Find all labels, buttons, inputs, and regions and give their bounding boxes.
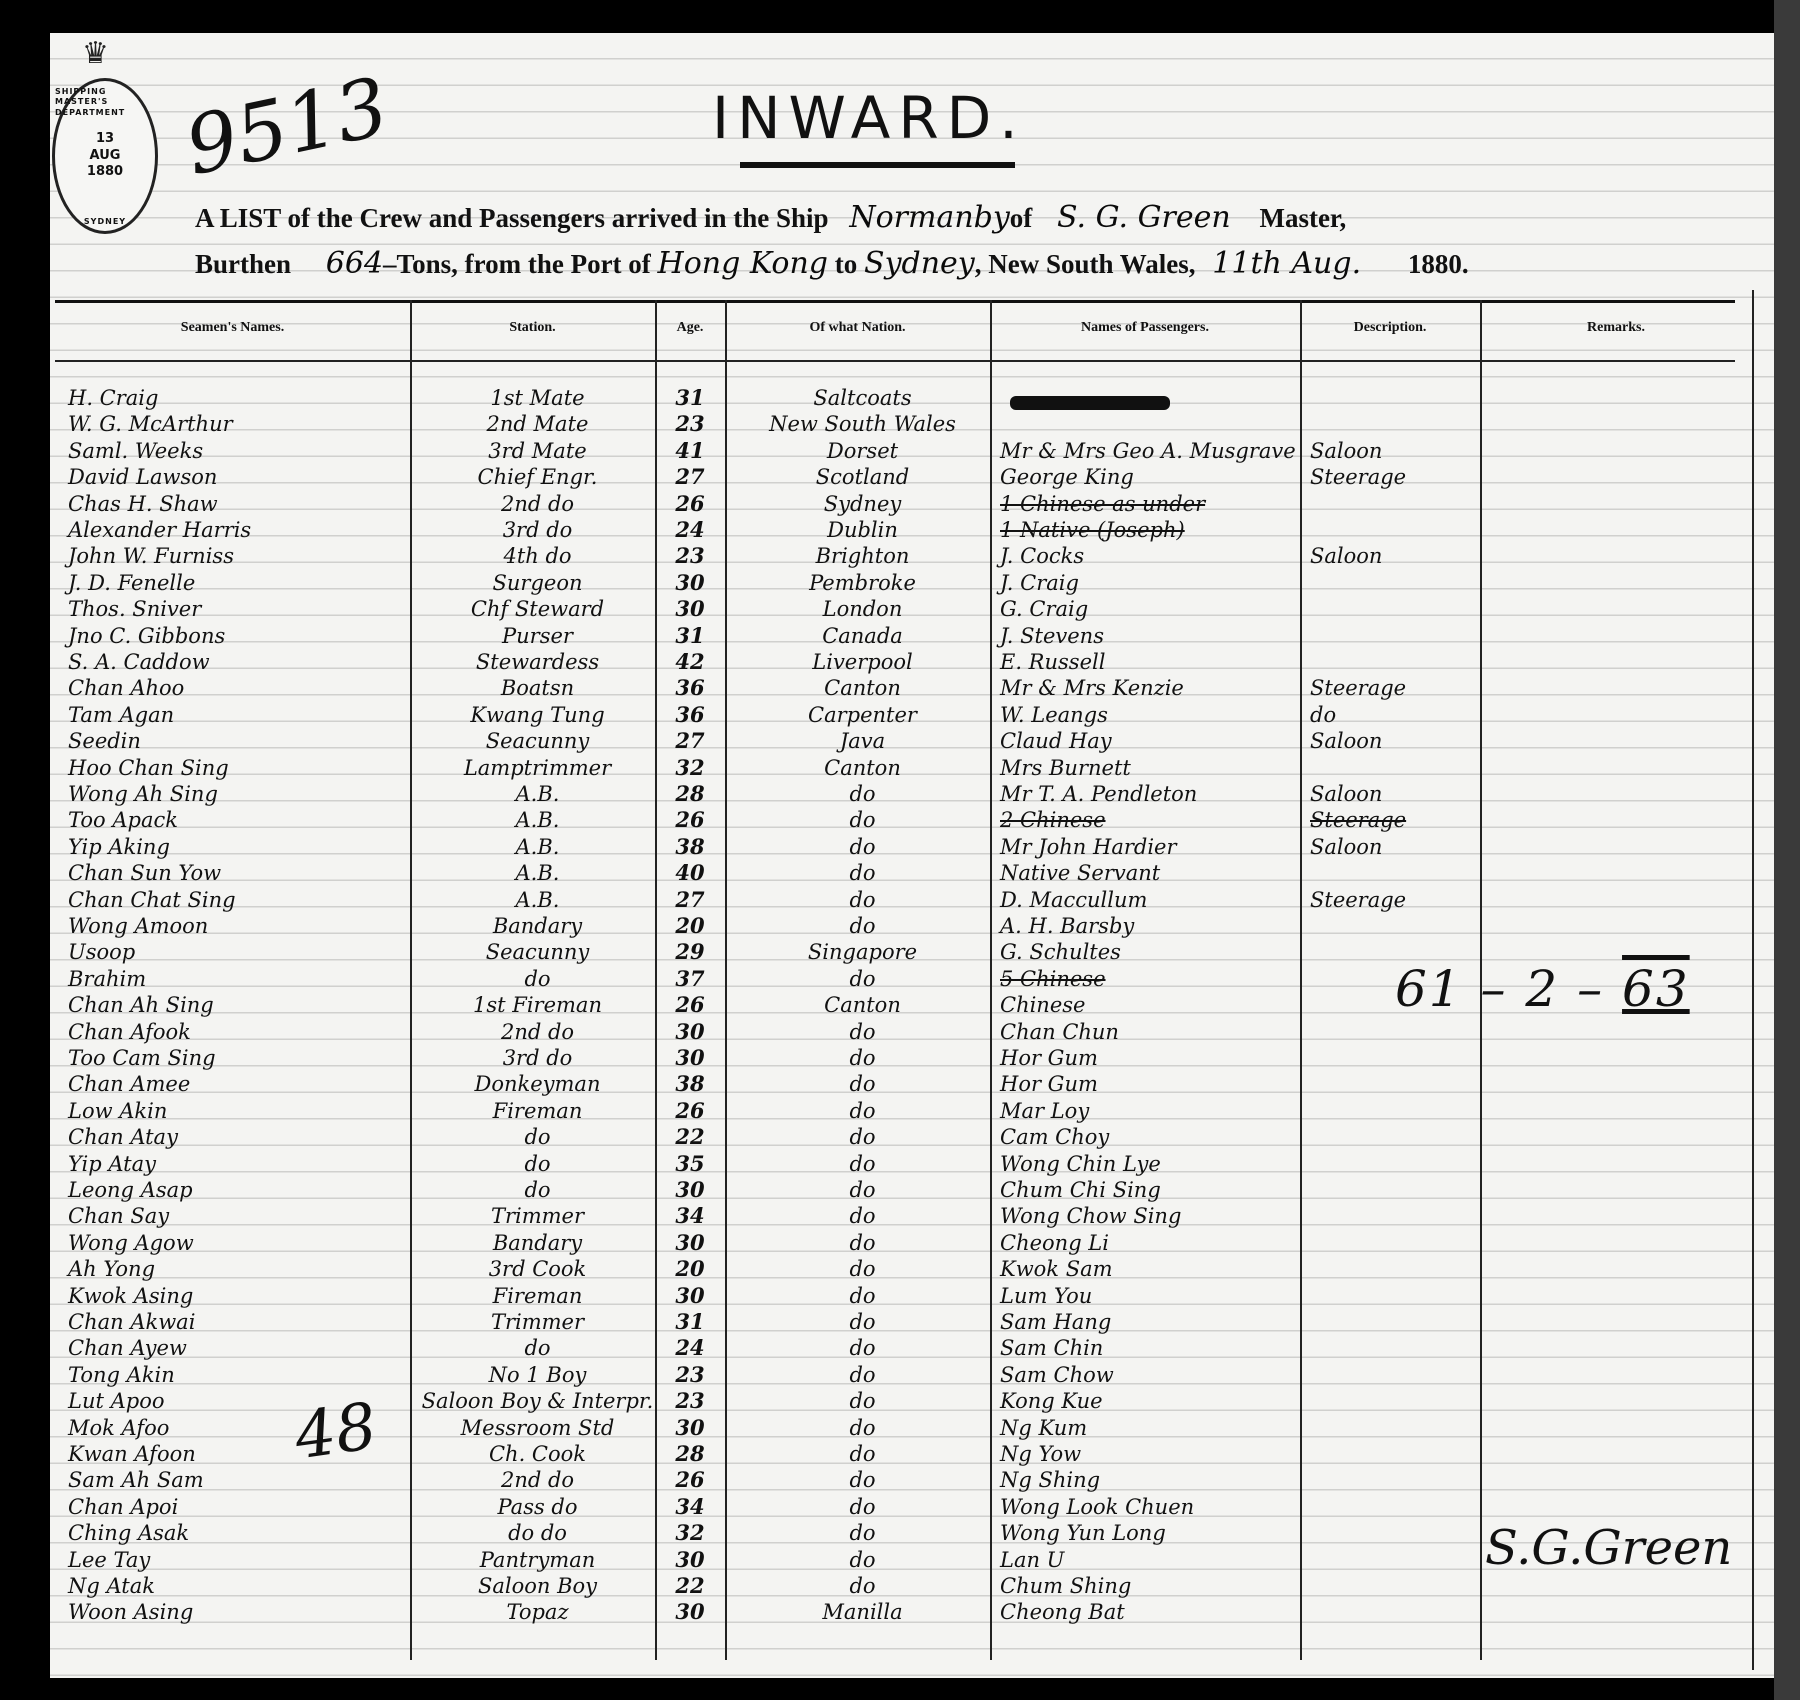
passenger-description: Saloon (1310, 728, 1382, 754)
line2-tons: –Tons, from the Port of (383, 249, 651, 279)
passenger-row: G. Craig (0, 596, 1800, 622)
passenger-description: Saloon (1310, 543, 1382, 569)
passenger-row: Mr & Mrs KenzieSteerage (0, 675, 1800, 701)
form-title: INWARD. (712, 84, 1026, 152)
tally-total: 63 (1622, 960, 1690, 1018)
passenger-name: George King (1000, 464, 1134, 490)
passenger-row: J. CocksSaloon (0, 543, 1800, 569)
tally-extra: 2 (1525, 960, 1559, 1018)
date-stamp: SHIPPING MASTER'S DEPARTMENT 13 AUG 1880… (52, 78, 158, 234)
passenger-name: Hor Gum (1000, 1045, 1098, 1071)
arrival-year: 1880. (1408, 249, 1469, 279)
passenger-name: Sam Chin (1000, 1335, 1103, 1361)
passenger-row (0, 385, 1800, 411)
passenger-name: Claud Hay (1000, 728, 1112, 754)
passenger-row: Wong Chow Sing (0, 1203, 1800, 1229)
tons-value: 664 (326, 246, 383, 281)
passenger-name: Cheong Li (1000, 1230, 1109, 1256)
stamp-year: 1880 (87, 164, 123, 181)
passenger-name: Lum You (1000, 1283, 1092, 1309)
passenger-row: Ng Yow (0, 1441, 1800, 1467)
passenger-row: Mr T. A. PendletonSaloon (0, 781, 1800, 807)
passenger-row: Sam Chin (0, 1335, 1800, 1361)
passenger-row: Kwok Sam (0, 1256, 1800, 1282)
table-top-rule (55, 300, 1735, 303)
passenger-name: Wong Yun Long (1000, 1520, 1166, 1546)
passenger-row: George KingSteerage (0, 464, 1800, 490)
passenger-name: Mr & Mrs Geo A. Musgrave (1000, 438, 1296, 464)
passenger-description: Steerage (1310, 887, 1406, 913)
passenger-description: Steerage (1310, 675, 1406, 701)
passenger-row: Ng Shing (0, 1467, 1800, 1493)
passenger-name: G. Craig (1000, 596, 1088, 622)
col-age: Age. (655, 320, 725, 336)
header-rule (55, 360, 1735, 362)
passenger-row: Mrs Burnett (0, 755, 1800, 781)
col-seamen-names: Seamen's Names. (55, 320, 410, 336)
passenger-name: Mr & Mrs Kenzie (1000, 675, 1184, 701)
passenger-name: Ng Kum (1000, 1415, 1087, 1441)
passenger-name: Mar Loy (1000, 1098, 1089, 1124)
master-name: S. G. Green (1057, 200, 1231, 235)
passenger-row (0, 411, 1800, 437)
passenger-row: Mr John HardierSaloon (0, 834, 1800, 860)
line1-of: of (1010, 203, 1033, 233)
passenger-row: Mar Loy (0, 1098, 1800, 1124)
line1-suffix: Master, (1259, 203, 1346, 233)
passenger-description: Saloon (1310, 834, 1382, 860)
passenger-row: J. Stevens (0, 623, 1800, 649)
passenger-description: do (1310, 702, 1336, 728)
passenger-name: Mr John Hardier (1000, 834, 1177, 860)
to-port: Sydney (864, 246, 975, 281)
passenger-tally: 61 – 2 – 63 (1395, 960, 1690, 1018)
line2-to: to (835, 249, 858, 279)
passenger-name: Mr T. A. Pendleton (1000, 781, 1197, 807)
header-line-1: A LIST of the Crew and Passengers arrive… (195, 200, 1346, 235)
passenger-row: Sam Hang (0, 1309, 1800, 1335)
passenger-name: Cheong Bat (1000, 1599, 1125, 1625)
passenger-row: 1 Native (Joseph) (0, 517, 1800, 543)
passenger-name: J. Cocks (1000, 543, 1084, 569)
passenger-row: Wong Chin Lye (0, 1151, 1800, 1177)
passenger-row: E. Russell (0, 649, 1800, 675)
passenger-name: 5 Chinese (1000, 966, 1106, 992)
passenger-row: Hor Gum (0, 1071, 1800, 1097)
passenger-name: J. Craig (1000, 570, 1079, 596)
passenger-row: J. Craig (0, 570, 1800, 596)
header-line-2: Burthen 664–Tons, from the Port of Hong … (195, 246, 1469, 281)
passenger-name: Mrs Burnett (1000, 755, 1131, 781)
passenger-name: W. Leangs (1000, 702, 1108, 728)
passenger-name: Cam Choy (1000, 1124, 1109, 1150)
passenger-row: Chum Chi Sing (0, 1177, 1800, 1203)
passenger-name: E. Russell (1000, 649, 1105, 675)
passenger-name: Sam Chow (1000, 1362, 1114, 1388)
col-description: Description. (1300, 320, 1480, 336)
passenger-row: Cam Choy (0, 1124, 1800, 1150)
passenger-name: Ng Yow (1000, 1441, 1081, 1467)
passenger-row: A. H. Barsby (0, 913, 1800, 939)
title-underline (740, 162, 1015, 168)
col-remarks: Remarks. (1480, 320, 1752, 336)
passenger-row: Mr & Mrs Geo A. MusgraveSaloon (0, 438, 1800, 464)
line2-prefix: Burthen (195, 249, 291, 279)
passenger-row: Cheong Li (0, 1230, 1800, 1256)
crown-icon: ♛ (82, 36, 109, 71)
passenger-name: Kong Kue (1000, 1388, 1103, 1414)
crew-count: 48 (290, 1390, 381, 1475)
passenger-name: Chan Chun (1000, 1019, 1119, 1045)
from-port: Hong Kong (658, 246, 828, 281)
passenger-row: Hor Gum (0, 1045, 1800, 1071)
passenger-name: D. Maccullum (1000, 887, 1147, 913)
stamp-ring-bottom: SYDNEY (84, 217, 126, 227)
passenger-row: W. Leangsdo (0, 702, 1800, 728)
passenger-row: Wong Look Chuen (0, 1494, 1800, 1520)
passenger-name: Kwok Sam (1000, 1256, 1113, 1282)
passenger-row: Chum Shing (0, 1573, 1800, 1599)
passenger-row: Native Servant (0, 860, 1800, 886)
col-station: Station. (410, 320, 655, 336)
passenger-description: Saloon (1310, 438, 1382, 464)
passenger-description: Steerage (1310, 807, 1406, 833)
ship-name: Normanby (849, 200, 1009, 235)
passenger-name: Ng Shing (1000, 1467, 1100, 1493)
passenger-description: Steerage (1310, 464, 1406, 490)
passenger-name: Chinese (1000, 992, 1085, 1018)
passenger-row: D. MaccullumSteerage (0, 887, 1800, 913)
passenger-name: 1 Chinese as under (1000, 491, 1205, 517)
passenger-name: G. Schultes (1000, 939, 1121, 965)
line1-prefix: A LIST of the Crew and Passengers arrive… (195, 203, 829, 233)
tally-adults: 61 (1395, 960, 1463, 1018)
passenger-name: Hor Gum (1000, 1071, 1098, 1097)
passenger-row: Cheong Bat (0, 1599, 1800, 1625)
col-nation: Of what Nation. (725, 320, 990, 336)
passenger-name: 1 Native (Joseph) (1000, 517, 1185, 543)
passenger-row: Sam Chow (0, 1362, 1800, 1388)
passenger-name: Wong Chin Lye (1000, 1151, 1161, 1177)
passenger-row: Ng Kum (0, 1415, 1800, 1441)
col-passengers: Names of Passengers. (990, 320, 1300, 336)
passenger-row: 2 ChineseSteerage (0, 807, 1800, 833)
passenger-row: Kong Kue (0, 1388, 1800, 1414)
passenger-name: Chum Shing (1000, 1573, 1131, 1599)
passenger-row: Chan Chun (0, 1019, 1800, 1045)
passenger-description: Saloon (1310, 781, 1382, 807)
passenger-name: J. Stevens (1000, 623, 1104, 649)
passenger-row: Lum You (0, 1283, 1800, 1309)
line2-nsw: , New South Wales, (975, 249, 1196, 279)
passenger-name: Chum Chi Sing (1000, 1177, 1161, 1203)
passenger-name: Wong Look Chuen (1000, 1494, 1194, 1520)
stamp-month: AUG (90, 148, 121, 165)
passenger-row: 1 Chinese as under (0, 491, 1800, 517)
passenger-name: Lan U (1000, 1547, 1064, 1573)
master-signature: S.G.Green (1485, 1520, 1732, 1576)
arrival-date: 11th Aug. (1212, 246, 1361, 281)
passenger-name: 2 Chinese (1000, 807, 1106, 833)
passenger-name: A. H. Barsby (1000, 913, 1134, 939)
stamp-ring-top: SHIPPING MASTER'S DEPARTMENT (55, 87, 155, 118)
passenger-name: Wong Chow Sing (1000, 1203, 1181, 1229)
passenger-name: Native Servant (1000, 860, 1160, 886)
passenger-row: Claud HaySaloon (0, 728, 1800, 754)
stamp-day: 13 (96, 131, 114, 148)
passenger-name: Sam Hang (1000, 1309, 1111, 1335)
